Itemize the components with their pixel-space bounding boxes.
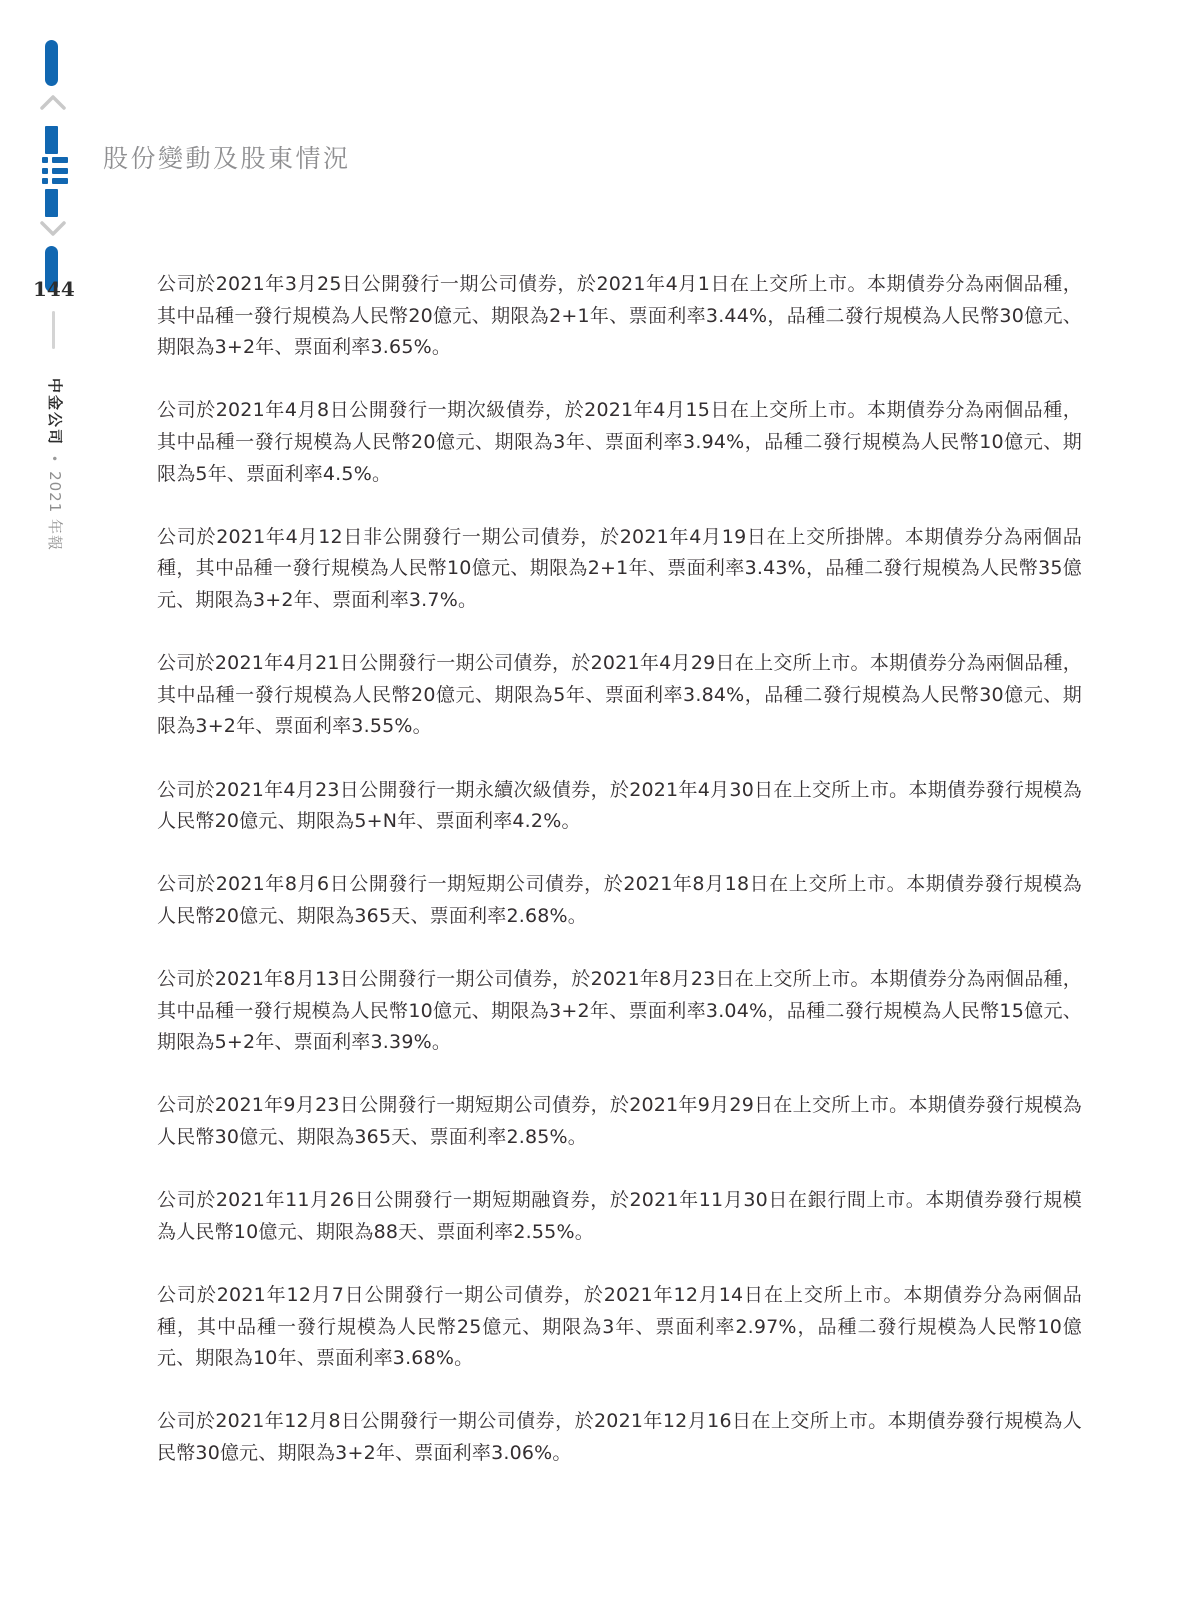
brand-separator: • [47,455,61,462]
chevron-down-icon [40,220,66,238]
menu-list-row [42,178,68,184]
page-number: 144 [33,277,73,301]
menu-list-row [42,157,68,163]
menu-list-row [42,168,68,174]
nav-block-lower-icon [45,189,58,217]
nav-block-upper-icon [45,126,58,154]
body-paragraph: 公司於2021年4月8日公開發行一期次級債券，於2021年4月15日在上交所上市… [157,395,1082,490]
vertical-divider [52,311,55,349]
body-paragraph: 公司於2021年4月21日公開發行一期公司債券，於2021年4月29日在上交所上… [157,648,1082,743]
body-paragraph: 公司於2021年12月7日公開發行一期公司債券，於2021年12月14日在上交所… [157,1280,1082,1375]
body-paragraph: 公司於2021年12月8日公開發行一期公司債券，於2021年12月16日在上交所… [157,1406,1082,1469]
body-paragraph: 公司於2021年9月23日公開發行一期短期公司債券，於2021年9月29日在上交… [157,1090,1082,1153]
content-area: 公司於2021年3月25日公開發行一期公司債券，於2021年4月1日在上交所上市… [157,269,1082,1501]
menu-dot-icon [42,157,48,163]
nav-bar-top-icon [45,40,58,86]
menu-bar-icon [52,168,68,174]
body-paragraph: 公司於2021年8月13日公開發行一期公司債券，於2021年8月23日在上交所上… [157,964,1082,1059]
menu-list-icon [42,157,68,184]
brand-edition: 2021 年報 [46,471,64,551]
body-paragraph: 公司於2021年11月26日公開發行一期短期融資券，於2021年11月30日在銀… [157,1185,1082,1248]
menu-dot-icon [42,178,48,184]
section-title: 股份變動及股東情況 [103,143,351,175]
menu-bar-icon [52,157,68,163]
body-paragraph: 公司於2021年4月23日公開發行一期永續次級債券，於2021年4月30日在上交… [157,775,1082,838]
menu-bar-icon [52,178,68,184]
chevron-up-icon [40,93,66,111]
menu-dot-icon [42,168,48,174]
body-paragraph: 公司於2021年8月6日公開發行一期短期公司債券，於2021年8月18日在上交所… [157,869,1082,932]
body-paragraph: 公司於2021年4月12日非公開發行一期公司債券，於2021年4月19日在上交所… [157,522,1082,617]
body-paragraph: 公司於2021年3月25日公開發行一期公司債券，於2021年4月1日在上交所上市… [157,269,1082,364]
report-page: 144 中金公司•2021 年報 股份變動及股東情況 公司於2021年3月25日… [0,0,1190,1615]
brand-vertical-text: 中金公司•2021 年報 [45,378,64,551]
brand-company: 中金公司 [46,378,64,446]
